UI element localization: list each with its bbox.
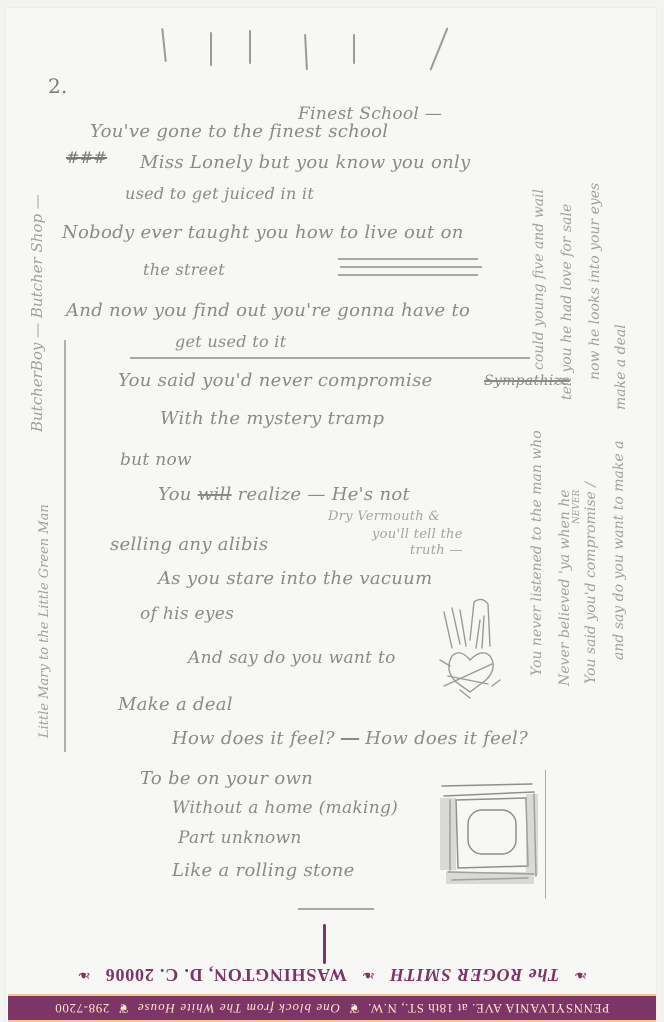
lyric-word: How does it feel? <box>172 728 335 749</box>
lyric-line: but now <box>120 452 192 469</box>
scribble-line <box>338 258 478 260</box>
lyric-insert: Dry Vermouth & <box>328 510 440 523</box>
lyric-insert: truth — <box>410 544 463 557</box>
lyric-line: You said you'd never compromise <box>118 372 433 390</box>
leaf-ornament-icon: ❦ <box>117 1000 129 1016</box>
letterhead-phone: 298-7200 <box>55 1000 110 1016</box>
lyric-word: realize — He's not <box>238 484 410 505</box>
margin-note-right: now he looks into your eyes <box>588 183 602 380</box>
tally-mark <box>210 32 212 66</box>
margin-note-left: Little Mary to the Little Green Man <box>38 504 51 738</box>
lyric-line: You will realize — He's not <box>158 486 410 504</box>
margin-note-right: Never believed 'ya when he <box>558 489 572 686</box>
scribble-line <box>340 266 482 268</box>
lyric-line: Part unknown <box>178 830 302 847</box>
flourish-ornament-icon: ❧ <box>77 965 91 985</box>
letterhead-name-row: ❧ The ROGER SMITH ❧ WASHINGTON, D. C. 20… <box>8 960 656 990</box>
lyric-line: Nobody ever taught you how to live out o… <box>62 224 464 242</box>
margin-note-right: tell you he had love for sale <box>560 204 574 400</box>
page-number: 2. <box>48 76 68 96</box>
heart-sketch-icon <box>430 590 510 700</box>
lyric-insert: you'll tell the <box>372 528 463 541</box>
hotel-name: The ROGER SMITH <box>389 965 559 986</box>
flourish-ornament-icon: ❧ <box>361 965 375 985</box>
lyric-line: used to get juiced in it <box>125 186 314 202</box>
scribble-line <box>338 274 478 276</box>
crossed-out-word: Sympathize <box>484 374 570 388</box>
margin-note-right: You said you'd compromise / <box>584 482 598 684</box>
lyric-line: To be on your own <box>140 770 313 788</box>
letterhead-address-band: PENNSYLVANIA AVE. at 18th ST., N.W. ❦ On… <box>8 994 656 1022</box>
crossed-out-word: — <box>341 728 359 749</box>
tally-mark <box>249 30 251 64</box>
lyric-line: How does it feel? — How does it feel? <box>172 730 528 748</box>
lyric-word: How does it feel? <box>365 728 528 749</box>
lyric-line: Make a deal <box>118 696 233 714</box>
lyric-line: With the mystery tramp <box>160 410 384 428</box>
lyric-line: of his eyes <box>140 606 234 623</box>
lyric-word: You <box>158 484 192 505</box>
lyric-line: get used to it <box>175 334 286 350</box>
margin-note-right: NEVER <box>573 490 582 524</box>
tally-mark <box>353 34 355 64</box>
letterhead-flourish-tail <box>323 924 326 964</box>
tv-set-sketch-icon <box>436 770 546 900</box>
scribbled-word: ### <box>66 150 107 166</box>
lyric-line: selling any alibis <box>110 536 268 554</box>
end-underline <box>298 908 374 910</box>
lyric-line: And now you find out you're gonna have t… <box>66 302 470 320</box>
margin-note-right: could young five and wail <box>532 189 546 370</box>
margin-note-right: make a deal <box>614 324 628 410</box>
margin-note-left: ButcherBoy — Butcher Shop — <box>30 194 45 432</box>
letterhead-tagline: One block from The White House <box>137 1000 340 1016</box>
lyric-line: As you stare into the vacuum <box>158 570 432 588</box>
crossed-out-word: will <box>198 484 232 505</box>
leaf-ornament-icon: ❦ <box>348 1000 360 1016</box>
divider-line <box>130 357 530 359</box>
lyric-line: You've gone to the finest school <box>90 123 388 141</box>
flourish-ornament-icon: ❧ <box>573 965 587 985</box>
margin-note-right: You never listened to the man who <box>530 430 544 676</box>
margin-bracket-line <box>64 340 66 752</box>
hotel-letterhead: PENNSYLVANIA AVE. at 18th ST., N.W. ❦ On… <box>8 924 656 1022</box>
letterhead-address: PENNSYLVANIA AVE. at 18th ST., N.W. <box>368 1000 610 1016</box>
margin-note-right: and say do you want to make a <box>612 441 626 660</box>
lyric-line: Miss Lonely but you know you only <box>140 154 471 172</box>
lyric-line: Without a home (making) <box>172 800 398 817</box>
lyric-line: And say do you want to <box>188 650 396 667</box>
lyric-line: the street <box>143 262 225 278</box>
lyric-line: Like a rolling stone <box>172 862 355 880</box>
hotel-city: WASHINGTON, D. C. 20006 <box>105 965 347 986</box>
